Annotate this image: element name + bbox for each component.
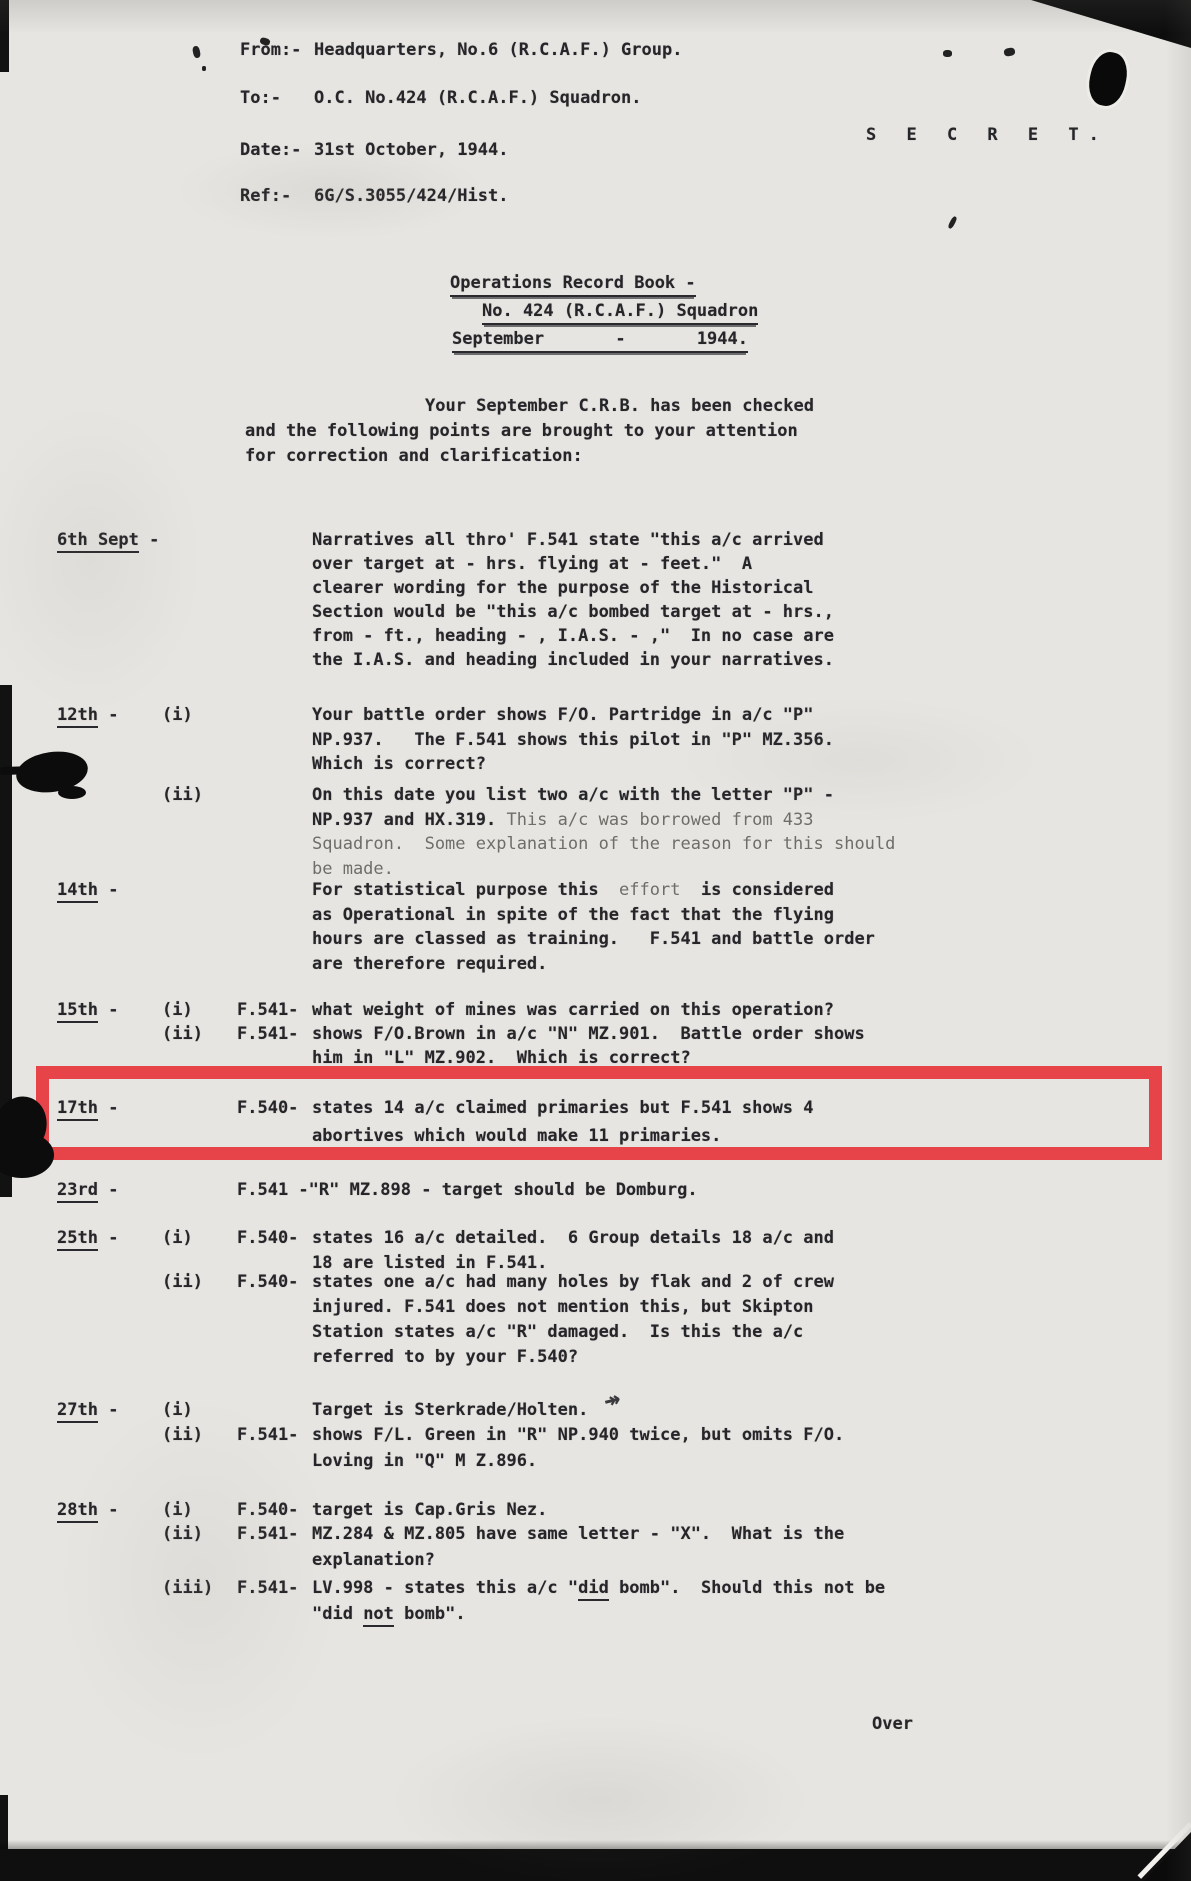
entry-line: 18 are listed in F.541. <box>312 1253 547 1273</box>
entry-line: from - ft., heading - , I.A.S. - ," In n… <box>312 626 834 646</box>
entry-line: shows F/L. Green in "R" NP.940 twice, bu… <box>312 1425 844 1445</box>
bottom-edge-shadow <box>0 1840 1191 1849</box>
entry-form-ref: F.541- <box>237 1024 298 1044</box>
scan-edge-top-left <box>0 0 9 72</box>
entry-date-text: 6th Sept <box>57 530 139 553</box>
entry-date: 12th - <box>57 705 118 725</box>
scan-edge-bottom <box>0 1849 1191 1881</box>
entry-line: LV.998 - states this a/c "did bomb". Sho… <box>312 1578 885 1598</box>
to-value: O.C. No.424 (R.C.A.F.) Squadron. <box>314 88 642 108</box>
entry-date-text: 15th <box>57 1000 98 1023</box>
doc-title-line1: Operations Record Book - <box>450 273 696 297</box>
entry-date: 27th - <box>57 1400 118 1420</box>
entry-date-text: 23rd <box>57 1180 98 1203</box>
ink-speck <box>947 216 958 230</box>
entry-line: Your battle order shows F/O. Partridge i… <box>312 705 814 725</box>
entry-item-numeral: (iii) <box>162 1578 213 1598</box>
entry-line: F.541 -"R" MZ.898 - target should be Dom… <box>237 1180 698 1200</box>
to-label: To:- <box>240 88 281 108</box>
doc-title-line3: September - 1944. <box>452 329 748 353</box>
entry-line: explanation? <box>312 1550 435 1570</box>
entry-item-numeral: (ii) <box>162 1524 203 1544</box>
highlight-box <box>36 1066 1162 1160</box>
entry-line: referred to by your F.540? <box>312 1347 578 1367</box>
entry-line: him in "L" MZ.902. Which is correct? <box>312 1048 691 1068</box>
entry-line: Loving in "Q" M Z.896. <box>312 1451 537 1471</box>
entry-line: "did not bomb". <box>312 1604 466 1624</box>
entry-date-text: 27th <box>57 1400 98 1423</box>
entry-line: NP.937 and HX.319. This a/c was borrowed… <box>312 810 814 830</box>
entry-line: Which is correct? <box>312 754 486 774</box>
doc-title-line2: No. 424 (R.C.A.F.) Squadron <box>482 301 758 325</box>
entry-form-ref: F.540- <box>237 1272 298 1292</box>
entry-form-ref: F.541- <box>237 1425 298 1445</box>
entry-date: 6th Sept - <box>57 530 159 550</box>
ink-speck <box>1003 47 1015 57</box>
entry-form-ref: F.541- <box>237 1000 298 1020</box>
entry-form-ref: F.541- <box>237 1524 298 1544</box>
entry-line: Narratives all thro' F.541 state "this a… <box>312 530 824 550</box>
entry-form-ref: F.540- <box>237 1500 298 1520</box>
entry-line: over target at - hrs. flying at - feet."… <box>312 554 752 574</box>
entry-date-text: 28th <box>57 1500 98 1523</box>
intro-line-1: Your September C.R.B. has been checked <box>425 396 814 416</box>
entry-line: Section would be "this a/c bombed target… <box>312 602 834 622</box>
entry-line: Squadron. Some explanation of the reason… <box>312 834 895 854</box>
title-dash: - <box>615 329 625 349</box>
entry-date-text: 12th <box>57 705 98 728</box>
entry-date: 28th - <box>57 1500 118 1520</box>
entry-line: states one a/c had many holes by flak an… <box>312 1272 834 1292</box>
entry-line: For statistical purpose this effort is c… <box>312 880 834 900</box>
entry-line: the I.A.S. and heading included in your … <box>312 650 834 670</box>
entry-line: clearer wording for the purpose of the H… <box>312 578 814 598</box>
title-month: September <box>452 329 544 349</box>
entry-date: 14th - <box>57 880 118 900</box>
entry-line: target is Cap.Gris Nez. <box>312 1500 547 1520</box>
entry-line: states 16 a/c detailed. 6 Group details … <box>312 1228 834 1248</box>
entry-line: MZ.284 & MZ.805 have same letter - "X". … <box>312 1524 844 1544</box>
ink-speck <box>943 50 952 57</box>
entry-line: shows F/O.Brown in a/c "N" MZ.901. Battl… <box>312 1024 865 1044</box>
from-label: From:- <box>240 40 301 60</box>
entry-item-numeral: (ii) <box>162 785 203 805</box>
entry-date: 23rd - <box>57 1180 118 1200</box>
entry-line: injured. F.541 does not mention this, bu… <box>312 1297 814 1317</box>
entry-line: hours are classed as training. F.541 and… <box>312 929 875 949</box>
entry-item-numeral: (i) <box>162 1228 193 1248</box>
entry-form-ref: F.540- <box>237 1228 298 1248</box>
ink-blot-tail <box>58 786 86 799</box>
entry-line: are therefore required. <box>312 954 547 974</box>
entry-line: On this date you list two a/c with the l… <box>312 785 834 805</box>
entry-form-ref: F.541- <box>237 1578 298 1598</box>
date-value: 31st October, 1944. <box>314 140 508 160</box>
entry-date: 25th - <box>57 1228 118 1248</box>
entry-item-numeral: (ii) <box>162 1272 203 1292</box>
intro-line-3: for correction and clarification: <box>245 446 583 466</box>
ref-value: 6G/S.3055/424/Hist. <box>314 186 508 206</box>
punch-hole <box>1085 49 1131 109</box>
date-label: Date:- <box>240 140 301 160</box>
entry-item-numeral: (i) <box>162 1000 193 1020</box>
from-value: Headquarters, No.6 (R.C.A.F.) Group. <box>314 40 682 60</box>
ref-label: Ref:- <box>240 186 291 206</box>
entry-line: be made. <box>312 859 394 879</box>
entry-item-numeral: (i) <box>162 1400 193 1420</box>
title-year: 1944. <box>697 329 748 349</box>
entry-item-numeral: (ii) <box>162 1024 203 1044</box>
entry-line: Target is Sterkrade/Holten. <box>312 1400 588 1420</box>
ink-speck <box>202 66 206 71</box>
intro-line-2: and the following points are brought to … <box>245 421 798 441</box>
entry-line: NP.937. The F.541 shows this pilot in "P… <box>312 730 834 750</box>
classification-stamp: S E C R E T. <box>866 125 1109 145</box>
scan-corner-top-right <box>1031 0 1191 48</box>
entry-line: as Operational in spite of the fact that… <box>312 905 834 925</box>
entry-date-text: 14th <box>57 880 98 903</box>
entry-date-text: 25th <box>57 1228 98 1251</box>
pen-arrow-icon: ↠ <box>600 1382 623 1416</box>
document-page: From:- Headquarters, No.6 (R.C.A.F.) Gro… <box>0 0 1191 1881</box>
entry-date: 15th - <box>57 1000 118 1020</box>
entry-line: what weight of mines was carried on this… <box>312 1000 834 1020</box>
entry-item-numeral: (i) <box>162 1500 193 1520</box>
footer-over: Over <box>872 1714 913 1734</box>
entry-line: Station states a/c "R" damaged. Is this … <box>312 1322 803 1342</box>
ink-blot-lower2 <box>0 1132 54 1178</box>
ink-speck <box>192 45 201 58</box>
entry-item-numeral: (ii) <box>162 1425 203 1445</box>
entry-item-numeral: (i) <box>162 705 193 725</box>
